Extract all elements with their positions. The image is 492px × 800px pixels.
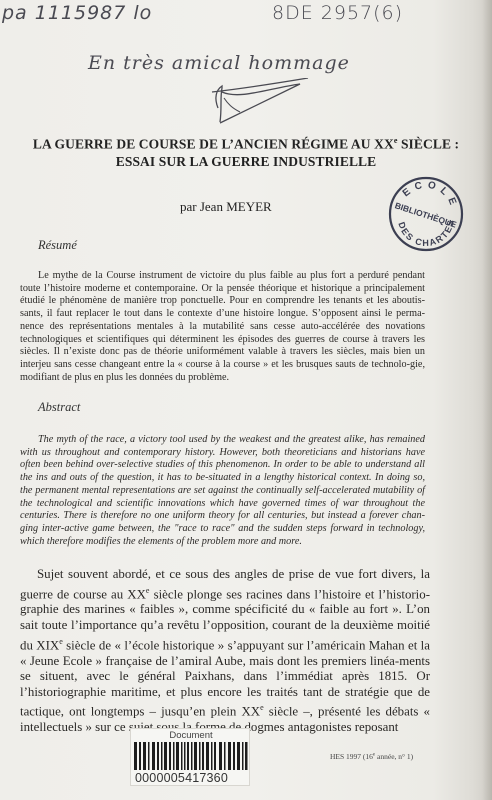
article-title: LA GUERRE DE COURSE DE L’ANCIEN RÉGIME A…	[0, 132, 492, 170]
scanned-page: pa 1115987 lo 8DE 2957(6) En très amical…	[0, 0, 492, 800]
resume-heading: Résumé	[38, 238, 77, 253]
barcode-icon	[134, 742, 248, 770]
barcode-number: 0000005417360	[135, 771, 228, 785]
barcode-title: Document	[131, 730, 251, 741]
handwritten-call-number-left: pa 1115987 lo	[2, 2, 152, 24]
library-stamp: ECOLE BIBLIOTHÈQUE DES CHARTES	[386, 174, 466, 254]
body-paragraph: Sujet souvent abordé, et ce sous des ang…	[20, 567, 430, 736]
abstract-heading: Abstract	[38, 400, 80, 415]
journal-reference: HES 1997 (16e année, n° 1)	[330, 752, 413, 761]
barcode-label: Document 0000005417360	[130, 728, 250, 786]
title-line-2: ESSAI SUR LA GUERRE INDUSTRIELLE	[0, 153, 492, 170]
author-byline: par Jean MEYER	[180, 199, 272, 215]
title-line-1: LA GUERRE DE COURSE DE L’ANCIEN RÉGIME A…	[0, 132, 492, 153]
page-edge-shadow	[482, 0, 492, 800]
resume-paragraph: Le mythe de la Course instrument de vict…	[20, 270, 425, 384]
abstract-paragraph: The myth of the race, a victory tool use…	[20, 434, 425, 548]
signature-mark	[200, 78, 310, 128]
handwritten-dedication: En très amical hommage	[88, 52, 350, 74]
handwritten-call-number-right: 8DE 2957(6)	[272, 2, 403, 24]
